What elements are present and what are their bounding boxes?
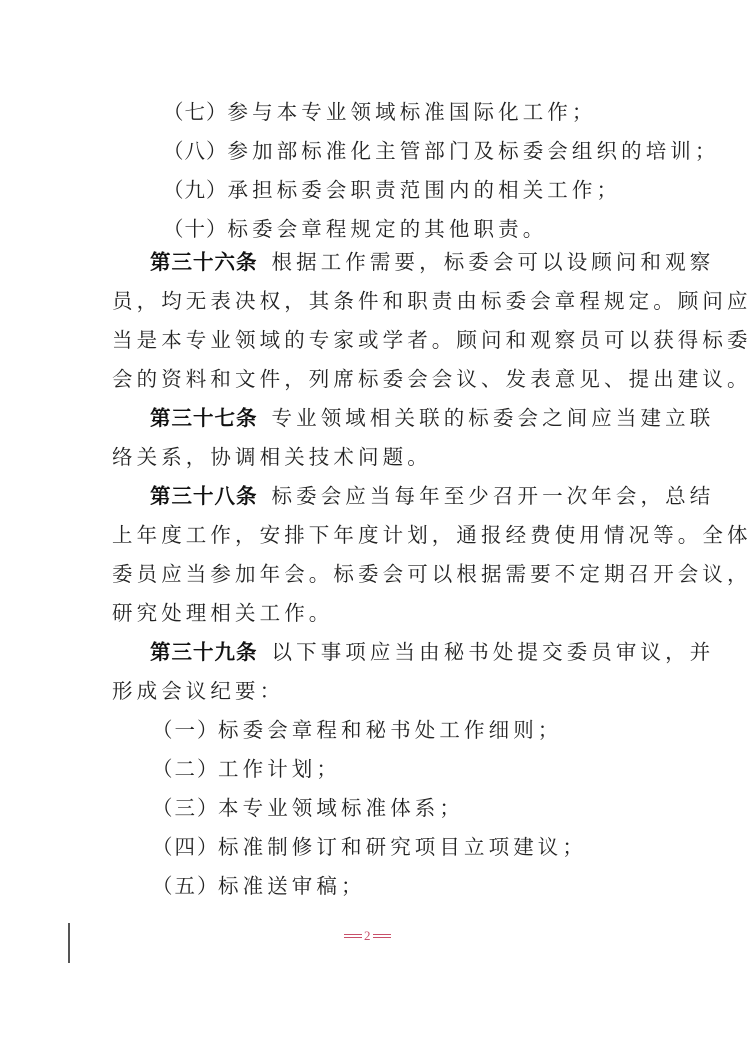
article-36-line-1: 第三十六条根据工作需要，标委会可以设顾问和观察 bbox=[150, 248, 714, 276]
list-item: （九）承担标委会职责范围内的相关工作； bbox=[163, 176, 621, 204]
item-text: 标委会章程规定的其他职责。 bbox=[228, 217, 548, 241]
item-text: 标准制修订和研究项目立项建议； bbox=[218, 835, 587, 859]
article-heading: 第三十九条 bbox=[150, 640, 258, 664]
article-36-line-2: 员，均无表决权，其条件和职责由标委会章程规定。顾问应 bbox=[112, 287, 750, 315]
article-37-line-2: 络关系，协调相关技术问题。 bbox=[112, 443, 432, 471]
item-number: （四） bbox=[152, 833, 218, 861]
item-number: （二） bbox=[152, 755, 218, 783]
margin-bar bbox=[68, 923, 70, 963]
item-number: （七） bbox=[163, 98, 228, 126]
article-39-line-2: 形成会议纪要： bbox=[112, 677, 284, 705]
list-item: （八）参加部标准化主管部门及标委会组织的培训； bbox=[163, 137, 720, 165]
list-item: （一）标委会章程和秘书处工作细则； bbox=[152, 716, 562, 744]
article-36-line-4: 会的资料和文件，列席标委会会议、发表意见、提出建议。 bbox=[112, 365, 750, 393]
item-text: 本专业领域标准体系； bbox=[218, 796, 464, 820]
item-number: （九） bbox=[163, 176, 228, 204]
article-text: 专业领域相关联的标委会之间应当建立联 bbox=[272, 406, 715, 430]
item-text: 参加部标准化主管部门及标委会组织的培训； bbox=[228, 139, 720, 163]
list-item: （三）本专业领域标准体系； bbox=[152, 794, 464, 822]
page-number: 2 bbox=[344, 928, 391, 944]
item-number: （一） bbox=[152, 716, 218, 744]
list-item: （五）标准送审稿； bbox=[152, 872, 366, 900]
list-item: （四）标准制修订和研究项目立项建议； bbox=[152, 833, 587, 861]
article-text: 以下事项应当由秘书处提交委员审议，并 bbox=[272, 640, 715, 664]
item-number: （十） bbox=[163, 215, 228, 243]
article-heading: 第三十七条 bbox=[150, 406, 258, 430]
item-text: 参与本专业领域标准国际化工作； bbox=[228, 100, 597, 124]
article-text: 根据工作需要，标委会可以设顾问和观察 bbox=[272, 250, 715, 274]
article-38-line-2: 上年度工作，安排下年度计划，通报经费使用情况等。全体 bbox=[112, 521, 750, 549]
item-text: 工作计划； bbox=[218, 757, 341, 781]
page-number-dash-right bbox=[373, 934, 391, 938]
item-number: （三） bbox=[152, 794, 218, 822]
article-heading: 第三十六条 bbox=[150, 250, 258, 274]
item-number: （五） bbox=[152, 872, 218, 900]
article-38-line-3: 委员应当参加年会。标委会可以根据需要不定期召开会议， bbox=[112, 560, 750, 588]
article-38-line-4: 研究处理相关工作。 bbox=[112, 599, 333, 627]
page-number-value: 2 bbox=[364, 928, 371, 944]
page-number-dash-left bbox=[344, 934, 362, 938]
article-38-line-1: 第三十八条标委会应当每年至少召开一次年会，总结 bbox=[150, 482, 714, 510]
item-text: 标委会章程和秘书处工作细则； bbox=[218, 718, 562, 742]
article-36-line-3: 当是本专业领域的专家或学者。顾问和观察员可以获得标委 bbox=[112, 326, 750, 354]
item-text: 承担标委会职责范围内的相关工作； bbox=[228, 178, 622, 202]
article-heading: 第三十八条 bbox=[150, 484, 258, 508]
list-item: （七）参与本专业领域标准国际化工作； bbox=[163, 98, 597, 126]
item-text: 标准送审稿； bbox=[218, 874, 366, 898]
article-37-line-1: 第三十七条专业领域相关联的标委会之间应当建立联 bbox=[150, 404, 714, 432]
list-item: （十）标委会章程规定的其他职责。 bbox=[163, 215, 547, 243]
article-text: 标委会应当每年至少召开一次年会，总结 bbox=[272, 484, 715, 508]
item-number: （八） bbox=[163, 137, 228, 165]
list-item: （二）工作计划； bbox=[152, 755, 341, 783]
article-39-line-1: 第三十九条以下事项应当由秘书处提交委员审议，并 bbox=[150, 638, 714, 666]
document-page: （七）参与本专业领域标准国际化工作； （八）参加部标准化主管部门及标委会组织的培… bbox=[0, 0, 750, 1060]
